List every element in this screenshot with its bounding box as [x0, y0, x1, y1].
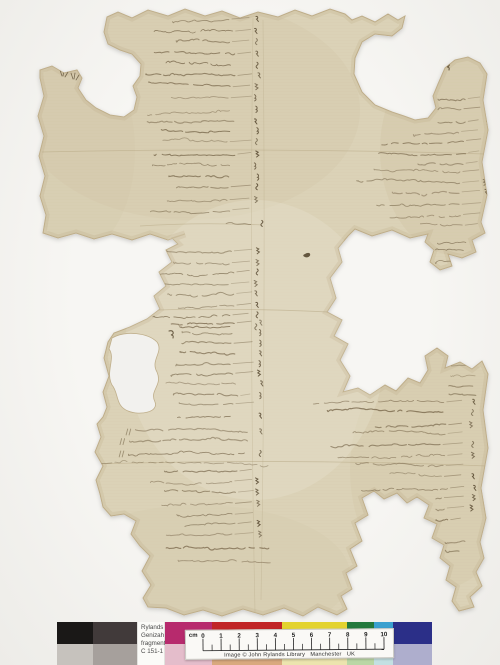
lead-mark — [88, 462, 93, 468]
grayscale-patch — [57, 622, 93, 644]
fragment-label: Rylands Genizah fragment C 151-1 — [137, 622, 165, 665]
calibration-bar: Rylands Genizah fragment C 151-1 cm Imag… — [57, 622, 432, 665]
ruler-number: 2 — [237, 632, 241, 639]
amount-mark — [479, 248, 481, 254]
amount-mark — [484, 160, 486, 166]
color-patch-top — [393, 622, 432, 644]
ruler-number: 1 — [219, 632, 223, 639]
ruler-number: 8 — [346, 631, 350, 638]
amount-mark — [479, 258, 481, 263]
grayscale-patch — [57, 644, 93, 665]
label-line: Genizah — [141, 632, 164, 640]
ruler-number: 9 — [364, 631, 368, 638]
ruler-number: 5 — [292, 631, 296, 638]
color-patch-column — [393, 622, 432, 665]
ruler: cm Image © John Rylands Library Manchest… — [185, 628, 394, 660]
amount-mark — [486, 168, 488, 174]
ruler-number: 7 — [328, 631, 332, 638]
amount-mark — [485, 211, 488, 217]
handwriting-line — [436, 498, 441, 499]
label-line: fragment — [141, 640, 164, 648]
grayscale-patch — [93, 622, 137, 644]
photo-stage: Rylands Genizah fragment C 151-1 cm Imag… — [0, 0, 500, 665]
ruler-number: 0 — [201, 632, 205, 639]
amount-mark — [479, 239, 482, 245]
ruler-number: 6 — [310, 631, 314, 638]
ruler-number: 3 — [255, 632, 259, 639]
ruler-number: 4 — [274, 632, 278, 639]
grayscale-patch — [93, 644, 137, 665]
label-line: C 151-1 — [141, 648, 164, 656]
paper-surface — [0, 0, 500, 665]
amount-mark — [488, 149, 490, 155]
color-patch-bottom — [393, 644, 432, 665]
ruler-number: 10 — [380, 631, 387, 638]
manuscript-fragment — [0, 0, 500, 665]
amount-mark — [485, 96, 487, 101]
grayscale-patches — [57, 622, 137, 665]
ruler-unit: cm — [189, 633, 198, 639]
amount-mark — [487, 106, 490, 112]
amount-mark — [485, 222, 487, 228]
label-line: Rylands — [141, 624, 164, 632]
